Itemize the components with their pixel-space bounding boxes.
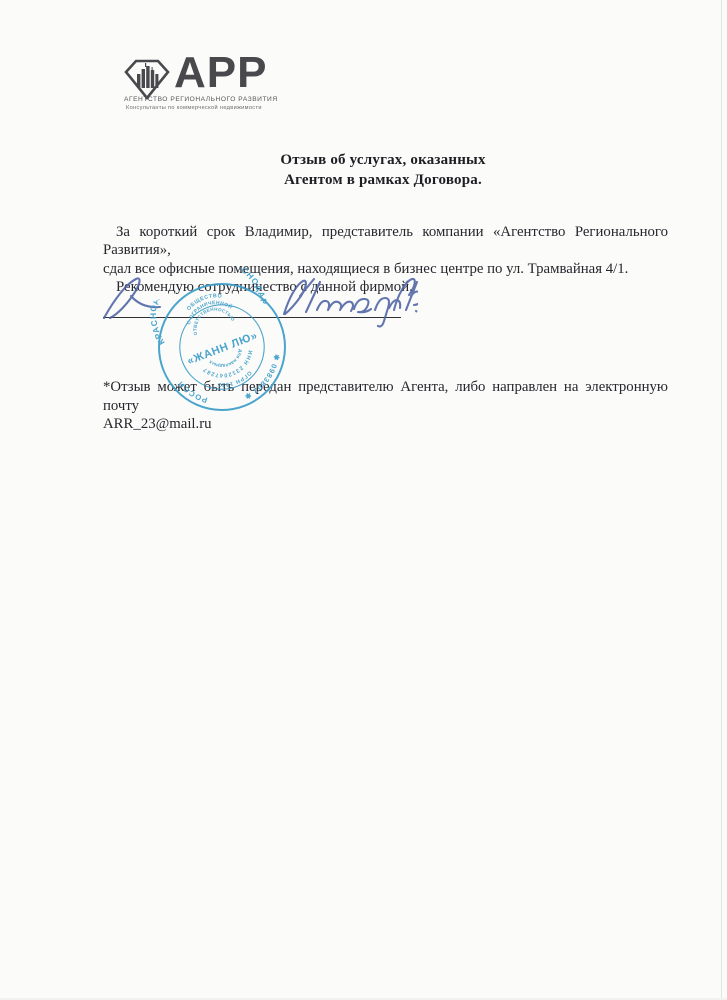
body-line-1: За короткий срок Владимир, представитель… (103, 223, 668, 260)
title-line-1: Отзыв об услугах, оказанных (103, 151, 663, 171)
company-logo: АРР АГЕНТСТВО РЕГИОНАЛЬНОГО РАЗВИТИЯ Кон… (124, 52, 304, 116)
diamond-buildings-icon (124, 58, 170, 100)
scan-edge-right (721, 0, 722, 1000)
title-line-2: Агентом в рамках Договора. (103, 171, 663, 191)
document-title: Отзыв об услугах, оказанных Агентом в ра… (103, 151, 663, 190)
scanned-letter-page: АРР АГЕНТСТВО РЕГИОНАЛЬНОГО РАЗВИТИЯ Кон… (0, 0, 727, 1000)
company-tagline: Консультанты по коммерческой недвижимост… (126, 105, 306, 111)
company-name: АГЕНТСТВО РЕГИОНАЛЬНОГО РАЗВИТИЯ (124, 96, 304, 103)
company-abbr: АРР (174, 48, 267, 98)
